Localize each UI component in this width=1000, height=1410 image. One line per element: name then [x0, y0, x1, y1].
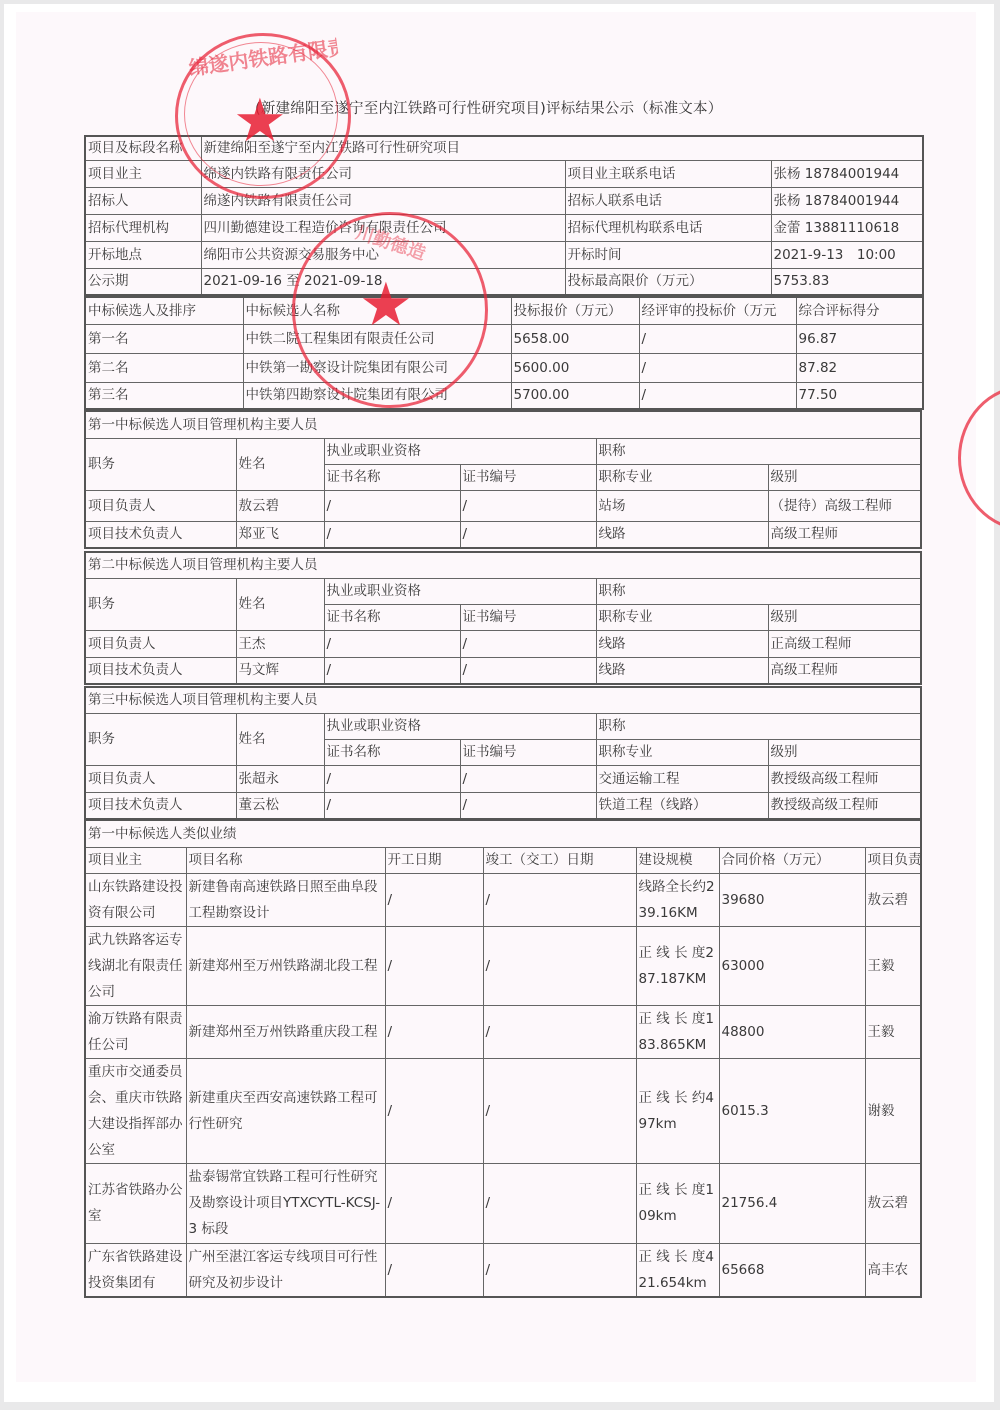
cell: 江苏省铁路办公室 — [85, 1163, 186, 1243]
cell: 项目技术负责人 — [85, 521, 236, 548]
cell: / — [385, 1005, 483, 1058]
column-header: 职称 — [596, 713, 921, 739]
column-header: 证书编号 — [460, 604, 596, 630]
candidates-header-row: 中标候选人及排序 中标候选人名称 投标报价（万元） 经评审的投标价（万元 综合评… — [85, 297, 923, 324]
cell: 张超永 — [236, 765, 324, 792]
column-header: 姓名 — [236, 713, 324, 765]
column-header: 中标候选人名称 — [243, 297, 511, 324]
cell: 正 线 长 约497km — [636, 1058, 719, 1163]
candidate-rank: 第三名 — [85, 382, 243, 409]
column-header: 中标候选人及排序 — [85, 297, 243, 324]
column-header: 级别 — [768, 464, 921, 490]
candidate-bid: 5700.00 — [511, 382, 639, 409]
info-label: 开标地点 — [85, 241, 201, 268]
column-header: 级别 — [768, 739, 921, 765]
column-header: 执业或职业资格 — [324, 713, 596, 739]
performance-row: 渝万铁路有限责任公司 新建郑州至万州铁路重庆段工程 / / 正 线 长 度183… — [85, 1005, 921, 1058]
cell: 教授级高级工程师 — [768, 765, 921, 792]
info-value: 5753.83 — [771, 268, 923, 295]
cell: / — [483, 1005, 636, 1058]
cell: 站场 — [596, 490, 768, 521]
column-header: 合同价格（万元） — [719, 847, 865, 873]
document-title: (新建绵阳至遂宁至内江铁路可行性研究项目)评标结果公示（标准文本） — [255, 97, 775, 118]
cell: / — [324, 630, 460, 657]
cell: 谢毅 — [865, 1058, 921, 1163]
cell: （提待）高级工程师 — [768, 490, 921, 521]
cell: 敖云碧 — [865, 1163, 921, 1243]
cell: 高丰农 — [865, 1243, 921, 1297]
candidate-name: 中铁二院工程集团有限责任公司 — [243, 324, 511, 353]
section-heading: 第一中标候选人项目管理机构主要人员 — [85, 411, 921, 438]
info-table: 项目及标段名称 新建绵阳至遂宁至内江铁路可行性研究项目 项目业主 绵遂内铁路有限… — [84, 135, 924, 296]
cell: 项目技术负责人 — [85, 792, 236, 819]
cell: / — [460, 630, 596, 657]
column-header: 项目名称 — [186, 847, 385, 873]
cell: 项目负责人 — [85, 630, 236, 657]
info-label: 招标人联系电话 — [565, 187, 771, 214]
info-label: 招标人 — [85, 187, 201, 214]
column-header: 姓名 — [236, 438, 324, 490]
cell: / — [460, 657, 596, 684]
personnel-table-1: 第一中标候选人项目管理机构主要人员 职务 姓名 执业或职业资格 职称 证书名称 … — [84, 410, 922, 549]
cell: 21756.4 — [719, 1163, 865, 1243]
personnel-table-3: 第三中标候选人项目管理机构主要人员 职务 姓名 执业或职业资格 职称 证书名称 … — [84, 686, 922, 820]
cell: 项目负责人 — [85, 765, 236, 792]
cell: / — [483, 1058, 636, 1163]
candidates-table: 中标候选人及排序 中标候选人名称 投标报价（万元） 经评审的投标价（万元 综合评… — [84, 296, 924, 410]
cell: 6015.3 — [719, 1058, 865, 1163]
cell: 王杰 — [236, 630, 324, 657]
info-label: 开标时间 — [565, 241, 771, 268]
cell: 重庆市交通委员会、重庆市铁路大建设指挥部办公室 — [85, 1058, 186, 1163]
info-value: 张杨 18784001944 — [771, 160, 923, 187]
cell: 董云松 — [236, 792, 324, 819]
column-header: 证书名称 — [324, 604, 460, 630]
cell: 39680 — [719, 873, 865, 926]
performance-row: 江苏省铁路办公室 盐泰锡常宜铁路工程可行性研究及勘察设计项目YTXCYTL-KC… — [85, 1163, 921, 1243]
column-header: 投标报价（万元） — [511, 297, 639, 324]
cell: / — [483, 1163, 636, 1243]
performance-table: 第一中标候选人类似业绩 项目业主 项目名称 开工日期 竣工（交工）日期 建设规模… — [84, 819, 922, 1298]
info-row: 项目业主 绵遂内铁路有限责任公司 项目业主联系电话 张杨 18784001944 — [85, 160, 923, 187]
cell: 65668 — [719, 1243, 865, 1297]
candidate-rank: 第一名 — [85, 324, 243, 353]
info-row: 开标地点 绵阳市公共资源交易服务中心 开标时间 2021-9-13 10:00 — [85, 241, 923, 268]
cell: / — [483, 1243, 636, 1297]
column-header: 开工日期 — [385, 847, 483, 873]
candidate-score: 87.82 — [796, 353, 923, 382]
candidate-name: 中铁第一勘察设计院集团有限公司 — [243, 353, 511, 382]
column-header: 姓名 — [236, 578, 324, 630]
column-header: 项目业主 — [85, 847, 186, 873]
cell: 正 线 长 度109km — [636, 1163, 719, 1243]
info-label: 项目业主 — [85, 160, 201, 187]
cell: 广东省铁路建设投资集团有 — [85, 1243, 186, 1297]
candidate-bid: 5658.00 — [511, 324, 639, 353]
personnel-row: 项目技术负责人 郑亚飞 / / 线路 高级工程师 — [85, 521, 921, 548]
cell: 新建重庆至西安高速铁路工程可行性研究 — [186, 1058, 385, 1163]
cell: 48800 — [719, 1005, 865, 1058]
column-header: 综合评标得分 — [796, 297, 923, 324]
cell: 线路全长约239.16KM — [636, 873, 719, 926]
cell: / — [483, 926, 636, 1005]
column-header: 级别 — [768, 604, 921, 630]
cell: / — [324, 792, 460, 819]
info-value: 绵遂内铁路有限责任公司 — [201, 187, 565, 214]
cell: 正 线 长 度287.187KM — [636, 926, 719, 1005]
column-header: 证书编号 — [460, 464, 596, 490]
candidate-rank: 第二名 — [85, 353, 243, 382]
column-header: 职称专业 — [596, 464, 768, 490]
candidate-score: 77.50 — [796, 382, 923, 409]
info-value: 张杨 18784001944 — [771, 187, 923, 214]
personnel-row: 项目技术负责人 马文辉 / / 线路 高级工程师 — [85, 657, 921, 684]
column-header: 职务 — [85, 713, 236, 765]
column-header: 职称专业 — [596, 604, 768, 630]
cell: 教授级高级工程师 — [768, 792, 921, 819]
candidate-evaluated-bid: / — [639, 353, 796, 382]
cell: / — [460, 792, 596, 819]
info-value: 金蕾 13881110618 — [771, 214, 923, 241]
cell: 郑亚飞 — [236, 521, 324, 548]
personnel-row: 项目技术负责人 董云松 / / 铁道工程（线路） 教授级高级工程师 — [85, 792, 921, 819]
cell: 正 线 长 度421.654km — [636, 1243, 719, 1297]
column-header: 经评审的投标价（万元 — [639, 297, 796, 324]
cell: 线路 — [596, 657, 768, 684]
column-header: 职务 — [85, 438, 236, 490]
cell: / — [385, 873, 483, 926]
performance-row: 重庆市交通委员会、重庆市铁路大建设指挥部办公室 新建重庆至西安高速铁路工程可行性… — [85, 1058, 921, 1163]
cell: / — [460, 521, 596, 548]
column-header: 建设规模 — [636, 847, 719, 873]
candidate-score: 96.87 — [796, 324, 923, 353]
performance-header-row: 项目业主 项目名称 开工日期 竣工（交工）日期 建设规模 合同价格（万元） 项目… — [85, 847, 921, 873]
candidate-bid: 5600.00 — [511, 353, 639, 382]
cell: 铁道工程（线路） — [596, 792, 768, 819]
info-value: 四川勤德建设工程造价咨询有限责任公司 — [201, 214, 565, 241]
cell: 敖云碧 — [236, 490, 324, 521]
cell: / — [483, 873, 636, 926]
info-value: 2021-9-13 10:00 — [771, 241, 923, 268]
cell: 线路 — [596, 630, 768, 657]
cell: / — [385, 1058, 483, 1163]
cell: 项目技术负责人 — [85, 657, 236, 684]
info-label: 项目业主联系电话 — [565, 160, 771, 187]
personnel-table-2: 第二中标候选人项目管理机构主要人员 职务 姓名 执业或职业资格 职称 证书名称 … — [84, 551, 922, 685]
info-label: 招标代理机构 — [85, 214, 201, 241]
info-label: 项目及标段名称 — [85, 136, 201, 160]
cell: 63000 — [719, 926, 865, 1005]
column-header: 职务 — [85, 578, 236, 630]
performance-row: 武九铁路客运专线湖北有限责任公司 新建郑州至万州铁路湖北段工程 / / 正 线 … — [85, 926, 921, 1005]
candidate-name: 中铁第四勘察设计院集团有限公司 — [243, 382, 511, 409]
cell: 新建郑州至万州铁路湖北段工程 — [186, 926, 385, 1005]
info-value: 绵阳市公共资源交易服务中心 — [201, 241, 565, 268]
info-value: 绵遂内铁路有限责任公司 — [201, 160, 565, 187]
section-heading: 第一中标候选人类似业绩 — [85, 820, 921, 847]
cell: / — [324, 490, 460, 521]
cell: 敖云碧 — [865, 873, 921, 926]
info-label: 投标最高限价（万元） — [565, 268, 771, 295]
cell: 正 线 长 度183.865KM — [636, 1005, 719, 1058]
cell: 线路 — [596, 521, 768, 548]
cell: / — [385, 1163, 483, 1243]
cell: / — [324, 521, 460, 548]
cell: / — [385, 926, 483, 1005]
cell: 武九铁路客运专线湖北有限责任公司 — [85, 926, 186, 1005]
cell: 高级工程师 — [768, 657, 921, 684]
cell: / — [460, 490, 596, 521]
column-header: 执业或职业资格 — [324, 578, 596, 604]
info-value: 新建绵阳至遂宁至内江铁路可行性研究项目 — [201, 136, 923, 160]
cell: 新建郑州至万州铁路重庆段工程 — [186, 1005, 385, 1058]
section-heading: 第二中标候选人项目管理机构主要人员 — [85, 552, 921, 578]
cell: 新建鲁南高速铁路日照至曲阜段工程勘察设计 — [186, 873, 385, 926]
performance-row: 广东省铁路建设投资集团有 广州至湛江客运专线项目可行性研究及初步设计 / / 正… — [85, 1243, 921, 1297]
cell: 王毅 — [865, 1005, 921, 1058]
info-row: 招标人 绵遂内铁路有限责任公司 招标人联系电话 张杨 18784001944 — [85, 187, 923, 214]
column-header: 职称 — [596, 438, 921, 464]
candidate-row: 第三名 中铁第四勘察设计院集团有限公司 5700.00 / 77.50 — [85, 382, 923, 409]
cell: 渝万铁路有限责任公司 — [85, 1005, 186, 1058]
column-header: 职称专业 — [596, 739, 768, 765]
cell: 项目负责人 — [85, 490, 236, 521]
info-row-project: 项目及标段名称 新建绵阳至遂宁至内江铁路可行性研究项目 — [85, 136, 923, 160]
candidate-evaluated-bid: / — [639, 324, 796, 353]
column-header: 项目负责人 — [865, 847, 921, 873]
candidate-evaluated-bid: / — [639, 382, 796, 409]
column-header: 竣工（交工）日期 — [483, 847, 636, 873]
column-header: 证书编号 — [460, 739, 596, 765]
performance-row: 山东铁路建设投资有限公司 新建鲁南高速铁路日照至曲阜段工程勘察设计 / / 线路… — [85, 873, 921, 926]
personnel-row: 项目负责人 张超永 / / 交通运输工程 教授级高级工程师 — [85, 765, 921, 792]
cell: / — [385, 1243, 483, 1297]
cell: / — [324, 657, 460, 684]
cell: 山东铁路建设投资有限公司 — [85, 873, 186, 926]
cell: 正高级工程师 — [768, 630, 921, 657]
cell: 广州至湛江客运专线项目可行性研究及初步设计 — [186, 1243, 385, 1297]
cell: 马文辉 — [236, 657, 324, 684]
candidate-row: 第二名 中铁第一勘察设计院集团有限公司 5600.00 / 87.82 — [85, 353, 923, 382]
info-label: 招标代理机构联系电话 — [565, 214, 771, 241]
candidate-row: 第一名 中铁二院工程集团有限责任公司 5658.00 / 96.87 — [85, 324, 923, 353]
cell: / — [460, 765, 596, 792]
cell: 盐泰锡常宜铁路工程可行性研究及勘察设计项目YTXCYTL-KCSJ-3 标段 — [186, 1163, 385, 1243]
column-header: 证书名称 — [324, 464, 460, 490]
info-row: 公示期 2021-09-16 至 2021-09-18 投标最高限价（万元） 5… — [85, 268, 923, 295]
column-header: 证书名称 — [324, 739, 460, 765]
info-label: 公示期 — [85, 268, 201, 295]
column-header: 职称 — [596, 578, 921, 604]
cell: 王毅 — [865, 926, 921, 1005]
personnel-row: 项目负责人 敖云碧 / / 站场 （提待）高级工程师 — [85, 490, 921, 521]
section-heading: 第三中标候选人项目管理机构主要人员 — [85, 687, 921, 713]
info-row: 招标代理机构 四川勤德建设工程造价咨询有限责任公司 招标代理机构联系电话 金蕾 … — [85, 214, 923, 241]
column-header: 执业或职业资格 — [324, 438, 596, 464]
personnel-row: 项目负责人 王杰 / / 线路 正高级工程师 — [85, 630, 921, 657]
cell: 高级工程师 — [768, 521, 921, 548]
cell: 交通运输工程 — [596, 765, 768, 792]
cell: / — [324, 765, 460, 792]
info-value: 2021-09-16 至 2021-09-18 — [201, 268, 565, 295]
